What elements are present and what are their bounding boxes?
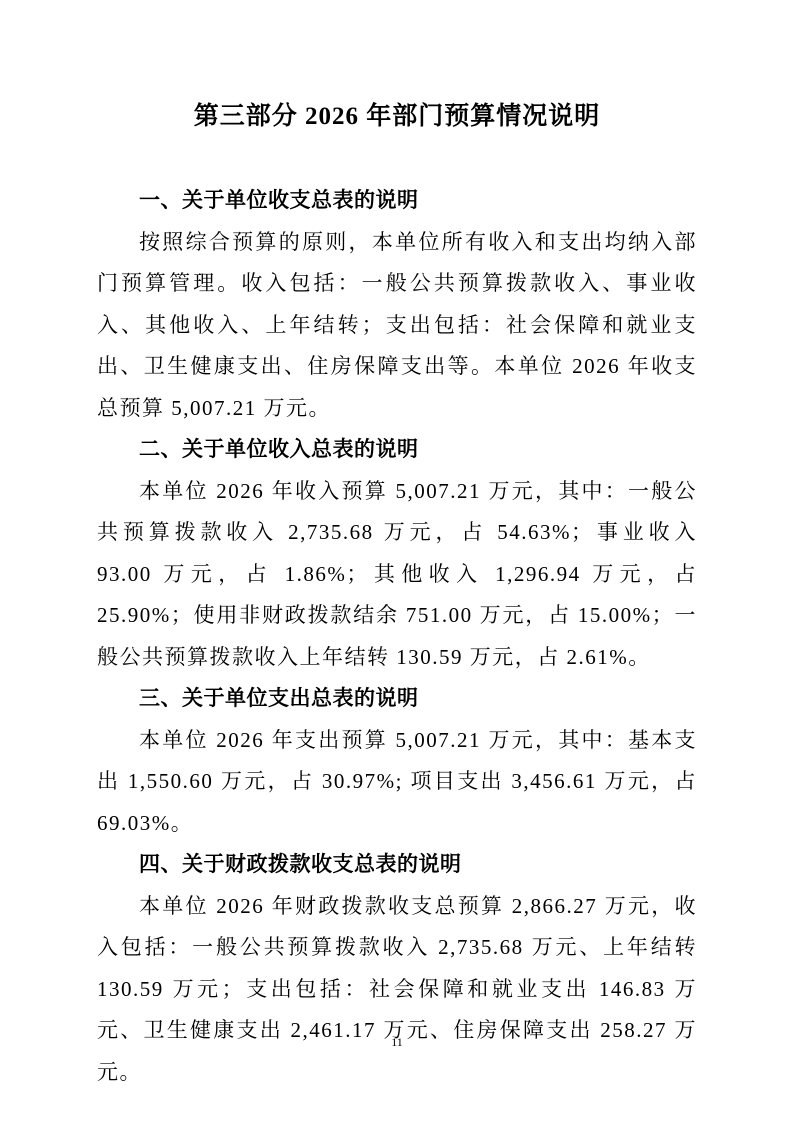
section-1-body: 按照综合预算的原则，本单位所有收入和支出均纳入部门预算管理。收入包括：一般公共预… xyxy=(97,222,697,430)
section-2-body: 本单位 2026 年收入预算 5,007.21 万元，其中：一般公共预算拨款收入… xyxy=(97,471,697,679)
section-2-heading: 二、关于单位收入总表的说明 xyxy=(97,429,697,471)
section-expenditure-summary: 三、关于单位支出总表的说明 本单位 2026 年支出预算 5,007.21 万元… xyxy=(97,678,697,844)
section-3-heading: 三、关于单位支出总表的说明 xyxy=(97,678,697,720)
section-3-body: 本单位 2026 年支出预算 5,007.21 万元，其中：基本支出 1,550… xyxy=(97,720,697,845)
section-income-expenditure-summary: 一、关于单位收支总表的说明 按照综合预算的原则，本单位所有收入和支出均纳入部门预… xyxy=(97,180,697,429)
document-page: 第三部分 2026 年部门预算情况说明 一、关于单位收支总表的说明 按照综合预算… xyxy=(0,0,794,1123)
page-number: 11 xyxy=(0,1035,794,1049)
section-4-body: 本单位 2026 年财政拨款收支总预算 2,866.27 万元，收入包括：一般公… xyxy=(97,886,697,1094)
section-income-summary: 二、关于单位收入总表的说明 本单位 2026 年收入预算 5,007.21 万元… xyxy=(97,429,697,678)
section-4-heading: 四、关于财政拨款收支总表的说明 xyxy=(97,844,697,886)
section-fiscal-appropriation-summary: 四、关于财政拨款收支总表的说明 本单位 2026 年财政拨款收支总预算 2,86… xyxy=(97,844,697,1093)
document-title: 第三部分 2026 年部门预算情况说明 xyxy=(97,96,697,138)
section-1-heading: 一、关于单位收支总表的说明 xyxy=(97,180,697,222)
